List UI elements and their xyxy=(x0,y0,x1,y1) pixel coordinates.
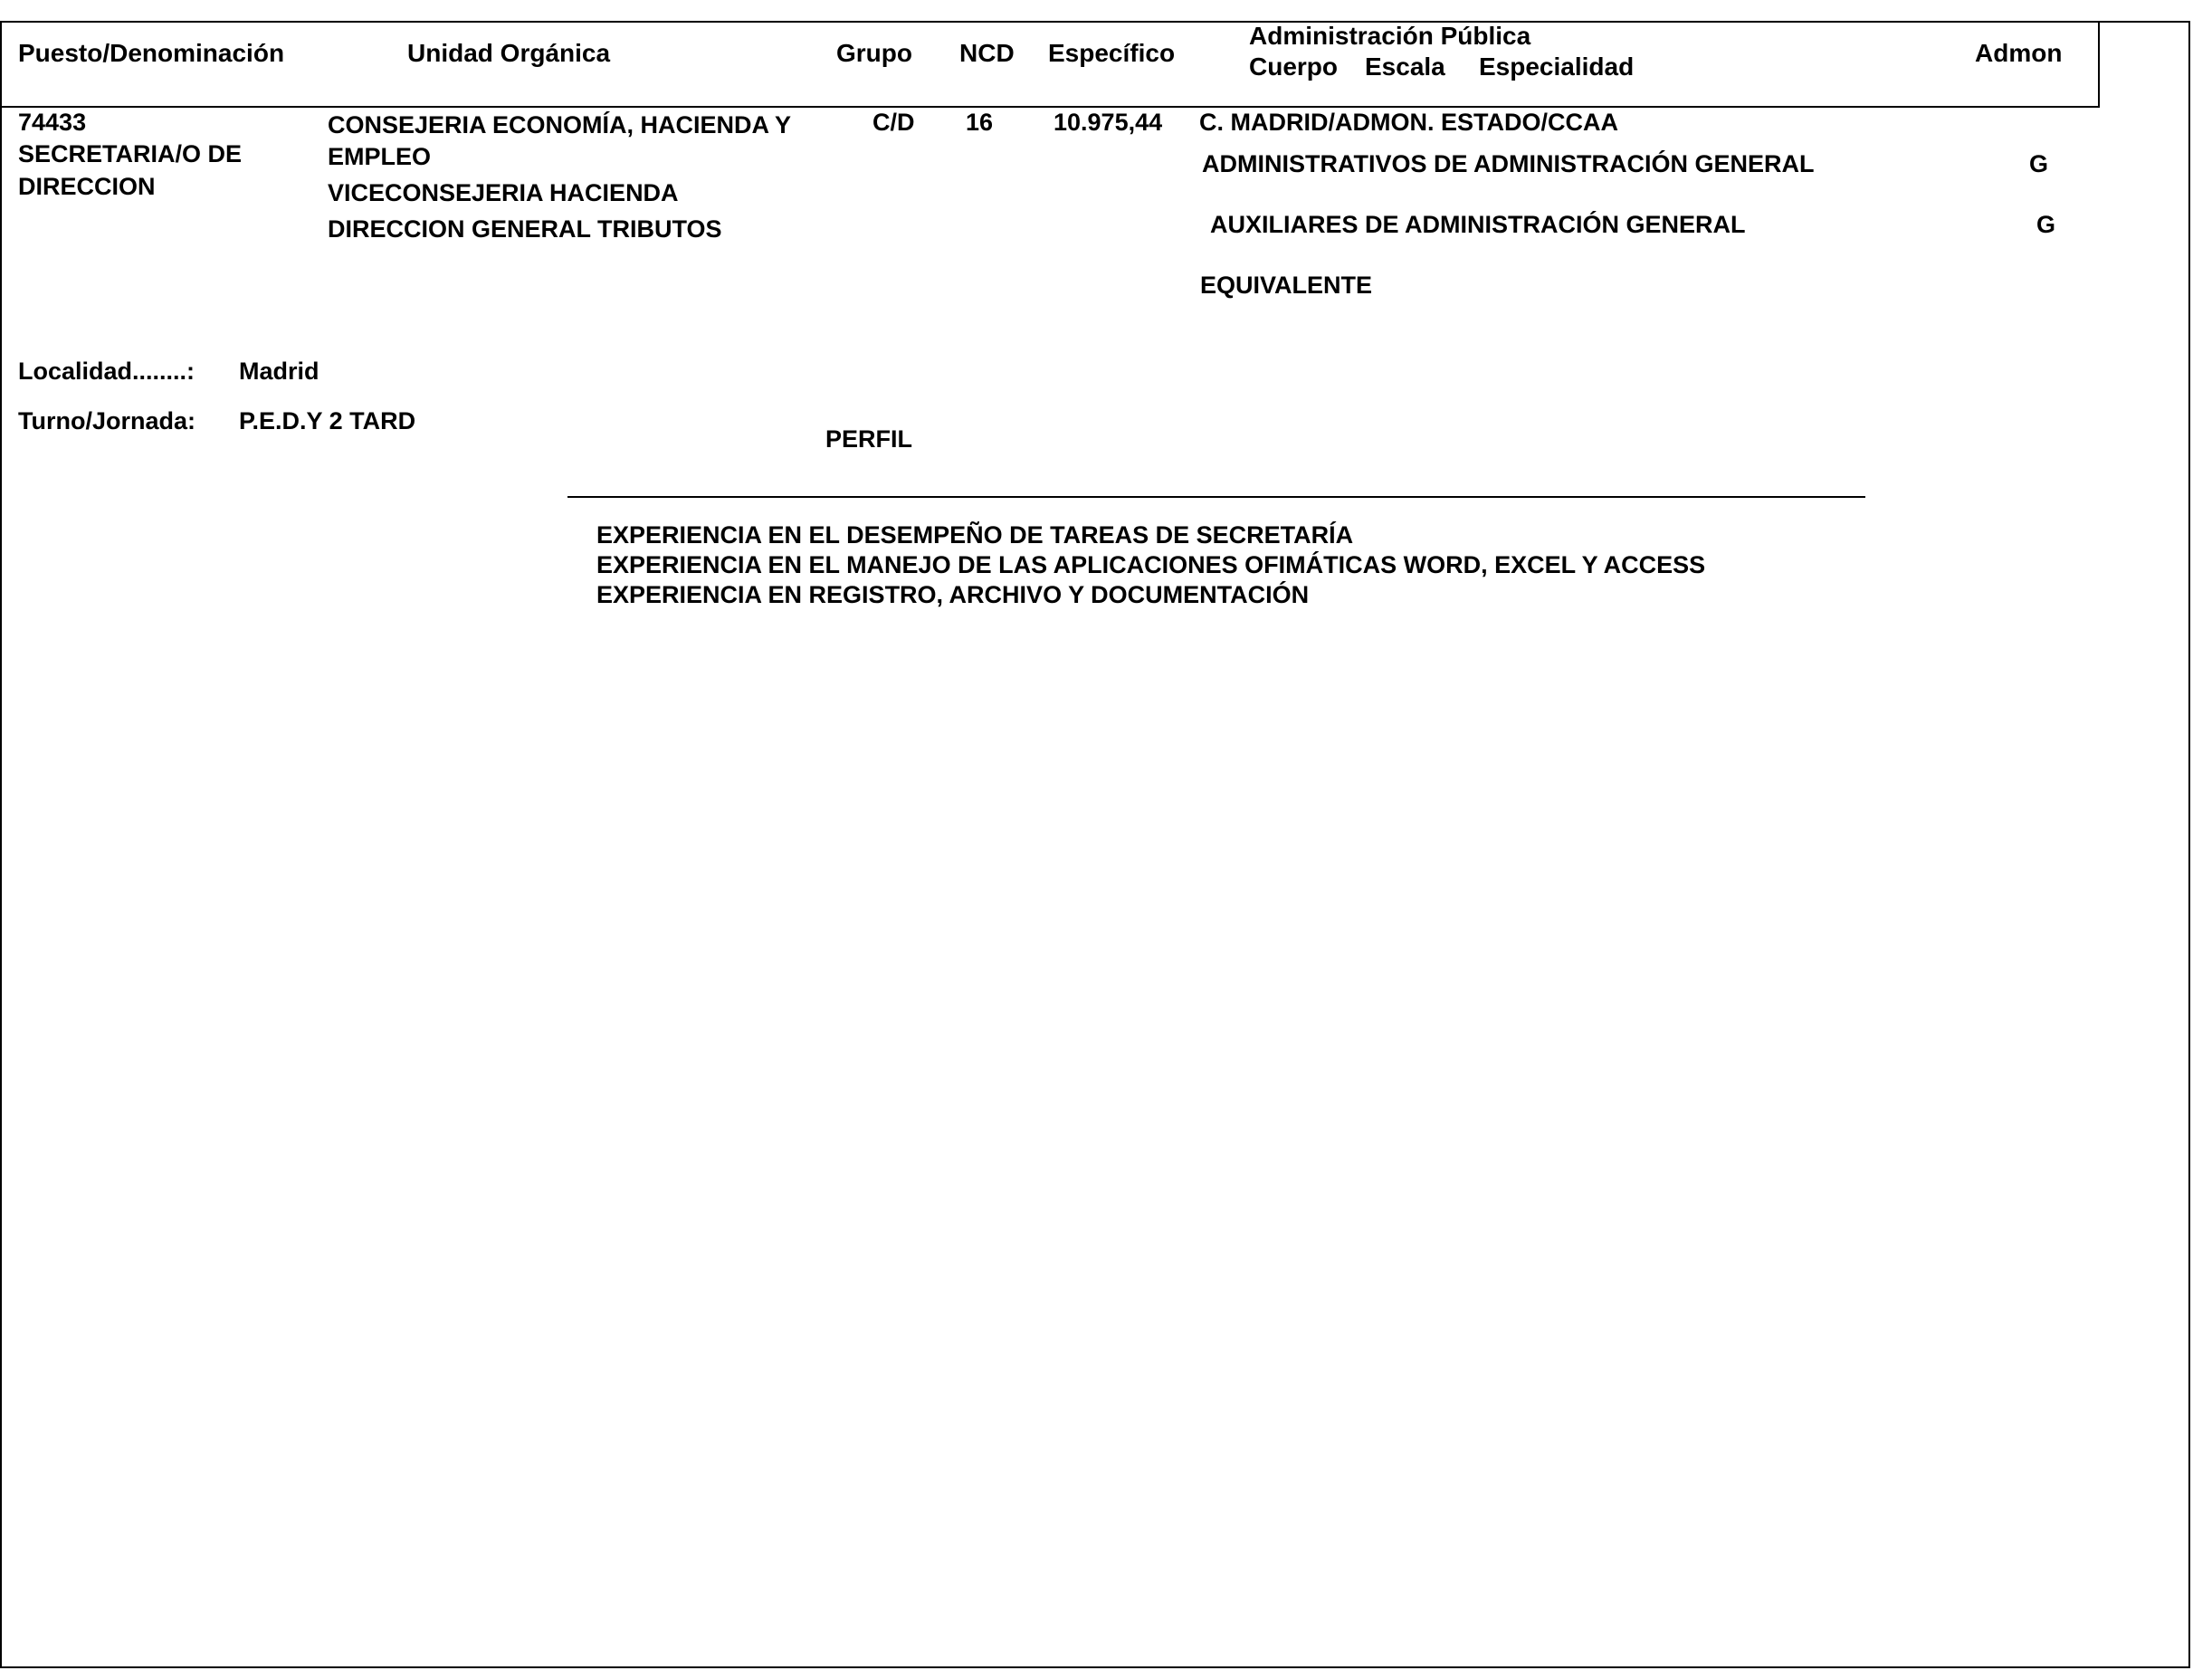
header-cuerpo: Cuerpo xyxy=(1249,54,1338,80)
record-unidad-4: DIRECCION GENERAL TRIBUTOS xyxy=(328,217,722,242)
perfil-title: PERFIL xyxy=(825,427,912,452)
perfil-divider xyxy=(567,496,1865,498)
record-grupo: C/D xyxy=(872,110,915,135)
cuerpo-3-nombre: EQUIVALENTE xyxy=(1200,273,1372,298)
header-especialidad: Especialidad xyxy=(1479,54,1634,80)
turno-label: Turno/Jornada: xyxy=(18,409,195,434)
record-unidad-1: CONSEJERIA ECONOMÍA, HACIENDA Y xyxy=(328,113,791,138)
record-denominacion-1: SECRETARIA/O DE xyxy=(18,142,242,167)
header-admon: Admon xyxy=(1975,41,2062,66)
record-codigo: 74433 xyxy=(18,110,86,135)
cuerpo-1-admon: G xyxy=(2029,152,2048,177)
record-ncd: 16 xyxy=(966,110,993,135)
header-unidad: Unidad Orgánica xyxy=(407,41,610,66)
perfil-item-3: EXPERIENCIA EN REGISTRO, ARCHIVO Y DOCUM… xyxy=(596,583,1309,607)
perfil-item-2: EXPERIENCIA EN EL MANEJO DE LAS APLICACI… xyxy=(596,553,1705,577)
record-denominacion-2: DIRECCION xyxy=(18,175,156,199)
page-frame xyxy=(0,21,2190,1668)
perfil-item-1: EXPERIENCIA EN EL DESEMPEÑO DE TAREAS DE… xyxy=(596,523,1353,548)
localidad-value: Madrid xyxy=(239,359,319,384)
cuerpo-1-nombre: ADMINISTRATIVOS DE ADMINISTRACIÓN GENERA… xyxy=(1202,152,1815,177)
cuerpo-2-nombre: AUXILIARES DE ADMINISTRACIÓN GENERAL xyxy=(1210,213,1746,237)
record-administracion: C. MADRID/ADMON. ESTADO/CCAA xyxy=(1199,110,1618,135)
header-ncd: NCD xyxy=(959,41,1015,66)
header-grupo: Grupo xyxy=(836,41,912,66)
record-unidad-2: EMPLEO xyxy=(328,145,431,169)
header-escala: Escala xyxy=(1365,54,1445,80)
localidad-label: Localidad........: xyxy=(18,359,195,384)
turno-value: P.E.D.Y 2 TARD xyxy=(239,409,415,434)
cuerpo-2-admon: G xyxy=(2036,213,2055,237)
header-admin-publica: Administración Pública xyxy=(1249,24,1530,49)
record-unidad-3: VICECONSEJERIA HACIENDA xyxy=(328,181,679,205)
record-especifico: 10.975,44 xyxy=(1054,110,1162,135)
header-especifico: Específico xyxy=(1048,41,1175,66)
header-puesto: Puesto/Denominación xyxy=(18,41,284,66)
